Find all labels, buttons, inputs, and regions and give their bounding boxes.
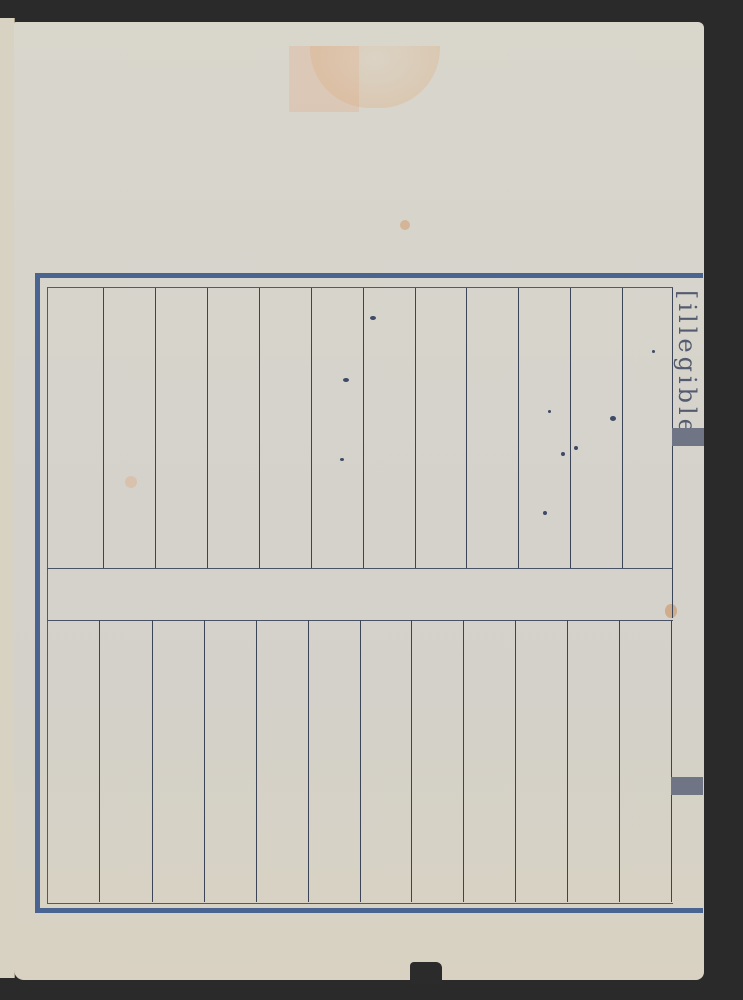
upper-column-divider — [207, 288, 208, 568]
lower-column-divider — [463, 620, 464, 902]
lower-column-divider — [308, 620, 309, 902]
edge-marker-block-upper — [672, 428, 704, 446]
upper-column-divider — [363, 288, 364, 568]
upper-column-divider — [103, 288, 104, 568]
lower-column-divider — [567, 620, 568, 902]
upper-column-divider — [259, 288, 260, 568]
lower-column-divider — [515, 620, 516, 902]
edge-marker-block-lower — [671, 777, 703, 795]
upper-column-divider — [570, 288, 571, 568]
upper-section-bottom-rule — [47, 568, 673, 569]
upper-column-divider — [155, 288, 156, 568]
edge-printed-label: [illegible] — [672, 290, 702, 420]
adjacent-page-edge — [0, 18, 15, 978]
lower-column-divider — [99, 620, 100, 902]
upper-column-divider — [415, 288, 416, 568]
lower-column-divider — [360, 620, 361, 902]
upper-column-divider — [311, 288, 312, 568]
binding-clip-shadow — [410, 962, 442, 984]
foxing-spot — [400, 220, 410, 230]
lower-column-divider — [671, 620, 672, 902]
upper-column-divider — [622, 288, 623, 568]
lower-column-divider — [204, 620, 205, 902]
lower-column-divider — [411, 620, 412, 902]
upper-column-divider — [466, 288, 467, 568]
lower-column-divider — [256, 620, 257, 902]
lower-column-divider — [619, 620, 620, 902]
lower-column-divider — [152, 620, 153, 902]
upper-column-divider — [518, 288, 519, 568]
